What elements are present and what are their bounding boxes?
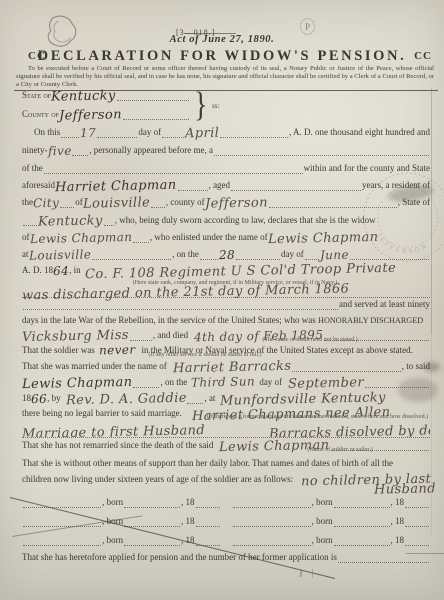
blank — [220, 126, 288, 138]
e18a-label: 18 — [22, 393, 31, 404]
blank — [292, 360, 401, 372]
soldier-was-label: That the soldier was — [22, 345, 95, 356]
prior-marriage-text1: Marriage to first Husband — [22, 425, 205, 438]
sworn-text: , who, being duly sworn according to law… — [115, 215, 376, 226]
married-under-line: That she was married under the name of H… — [22, 359, 430, 372]
day-value: 17 — [80, 128, 96, 139]
on-the2-label: , on the — [160, 377, 187, 388]
blank — [124, 496, 180, 508]
appeared-text: , personally appeared before me, a — [89, 145, 213, 156]
in-label: , in — [69, 265, 81, 276]
of-the-label: of the — [22, 163, 43, 174]
children-answer-2: Husband — [374, 483, 436, 495]
ad18-label: A. D. 18 — [22, 265, 53, 276]
honorably-text: HONORABLY DISCHARGED — [318, 315, 423, 326]
maiden-name-value: Harriet Barracks — [173, 361, 292, 374]
service-note: (If any other service it should be state… — [110, 352, 300, 359]
children-blank-row: , born , 18 , born , 18 — [22, 495, 430, 508]
res-county-value: Jefferson — [205, 197, 268, 209]
served-line: and served at least ninety — [22, 297, 430, 310]
blank — [133, 376, 159, 388]
born-label: , born — [102, 535, 123, 546]
blank — [23, 214, 37, 226]
blank — [151, 196, 165, 208]
heretofore-text: That she has heretofore applied for pens… — [22, 552, 337, 563]
born-label: , born — [312, 497, 333, 508]
blank — [196, 515, 220, 527]
at-label2: , at — [204, 393, 215, 404]
county-line: County of Jefferson — [22, 107, 190, 120]
rebellion-line: days in the late War of the Rebellion, i… — [22, 313, 430, 326]
day-of2-label: day of — [281, 249, 304, 260]
p-stamp-letter: P — [305, 22, 310, 32]
aged-label: , aged — [209, 180, 231, 191]
paper-fold-line — [431, 88, 432, 334]
children-line: children now living under sixteen years … — [22, 472, 430, 485]
pencil-tick — [300, 570, 303, 577]
year-line: ninety- five , personally appeared befor… — [22, 143, 430, 156]
of2-label: of — [22, 232, 30, 243]
day-of-label: day of — [138, 127, 161, 138]
ink-smudge — [424, 362, 440, 372]
born-label: , born — [102, 497, 123, 508]
born-label: , born — [312, 535, 333, 546]
wed-month-value: September — [288, 377, 364, 390]
blank — [334, 534, 390, 546]
p-stamp-mark: P — [300, 18, 315, 35]
state-label: State of — [22, 90, 51, 101]
on-this-label: On this — [34, 127, 60, 138]
blank — [233, 515, 311, 527]
blank — [61, 126, 79, 138]
blank — [405, 515, 429, 527]
blank — [124, 534, 180, 546]
blank — [305, 248, 319, 260]
stamp-arc-text: JEFFERSON — [374, 226, 430, 260]
svg-text:JEFFERSON: JEFFERSON — [374, 226, 430, 260]
blank — [130, 329, 152, 341]
act-line: Act of June 27, 1890. — [0, 34, 444, 45]
wed-day-value: Third Sun — [191, 376, 255, 388]
blank — [178, 179, 208, 191]
aforesaid-label: aforesaid — [22, 180, 55, 191]
city-value: City — [33, 198, 59, 210]
soldier-name-note: (Name of soldier or sailor.) — [280, 447, 400, 454]
blank — [231, 179, 361, 191]
married-under-label: That she was married under the name of — [22, 361, 167, 372]
year18-label: , 18 — [391, 516, 405, 527]
children-blank-row: , born , 18 , born , 18 — [22, 533, 430, 546]
discharge-line: was discharged on the 21st day of March … — [22, 281, 430, 298]
ss-abbreviation: ss: — [212, 102, 220, 110]
blank — [187, 392, 203, 404]
at-label: at — [22, 249, 29, 260]
blank — [23, 298, 338, 310]
officiant-line: 18 66 , by Rev. D. A. Gaddie , at Munfor… — [22, 391, 430, 404]
blank — [405, 534, 429, 546]
month-value: April — [185, 128, 219, 140]
blank — [60, 196, 74, 208]
not-remarried-text: That she has not remarried since the dea… — [22, 440, 213, 451]
town-value: Louisville — [83, 197, 150, 209]
ink-smudge — [398, 378, 438, 402]
served-text: and served at least ninety — [339, 299, 430, 310]
rebellion-text: days in the late War of the Rebellion, i… — [22, 315, 318, 326]
wed-year-value: 66 — [31, 394, 47, 405]
soldier-name: Lewis Chapman — [29, 232, 132, 245]
notary-stamp: JEFFERSON — [345, 162, 444, 279]
res-state-value: Kentucky — [38, 215, 103, 227]
blank — [334, 496, 390, 508]
year18-label: , 18 — [181, 516, 195, 527]
blank — [233, 534, 311, 546]
state-blank — [117, 89, 189, 101]
blank — [92, 248, 171, 260]
blank — [334, 515, 390, 527]
state-line: State of Kentucky — [22, 88, 190, 101]
blank — [104, 214, 114, 226]
support-line: That she is without other means of suppo… — [22, 456, 430, 469]
of-label: of — [75, 197, 83, 208]
embossed-seal-mark — [41, 11, 85, 53]
on-the-label: , on the — [172, 249, 199, 260]
county-value: Jefferson — [59, 109, 122, 121]
jurat-brace: } — [194, 86, 207, 126]
blank — [196, 496, 220, 508]
ad-text: , A. D. one thousand eight hundred and — [289, 127, 430, 138]
county-of-label: , county of — [166, 197, 205, 208]
by-label: , by — [47, 393, 61, 404]
blank — [236, 248, 280, 260]
edge-mark — [406, 553, 444, 554]
page-title: DECLARATION FOR WIDOW'S PENSION. — [0, 48, 444, 65]
year18-label: , 18 — [391, 497, 405, 508]
blank — [23, 534, 101, 546]
the-label: the — [22, 197, 33, 208]
children-intro-text: children now living under sixteen years … — [22, 474, 293, 485]
wedding-date-line: Lewis Chapman , on the Third Sun day of … — [22, 375, 430, 388]
blank — [133, 231, 149, 243]
husband-name-value: Lewis Chapman — [22, 377, 133, 390]
blank — [72, 144, 88, 156]
blank — [97, 126, 137, 138]
pension-form-page: [3—018.] P Act of June 27, 1890. CC CC D… — [0, 0, 444, 600]
enlisted-under-text: , who enlisted under the name of — [150, 232, 268, 243]
execution-instructions: To be executed before a Court of Record … — [16, 65, 434, 88]
and-died-label: , and died — [153, 330, 188, 341]
county-blank — [123, 108, 189, 120]
county-label: County of — [22, 109, 59, 120]
claimant-name: Harriet Chapman — [55, 180, 177, 194]
discharge-place-value: Vicksburg Miss — [22, 330, 129, 343]
year-word-value: five — [47, 146, 71, 157]
unit-value: Co. F. 108 Regiment U S Col'd Troop Priv… — [85, 263, 396, 281]
state-value: Kentucky — [51, 90, 116, 102]
enlist-year-value: 64 — [53, 266, 69, 277]
year18-label: , 18 — [181, 497, 195, 508]
day-of3-label: day of — [259, 377, 282, 388]
prior-marriage-text2: Barracks disolved by dea — [269, 425, 430, 438]
pencil-tick — [312, 569, 313, 578]
blank — [233, 496, 311, 508]
year18-label: , 18 — [391, 535, 405, 546]
former-marriage-note: (If there was a former marriage of claim… — [195, 414, 440, 421]
support-text: That she is without other means of suppo… — [22, 458, 393, 469]
enlist-month-value: June — [320, 250, 349, 262]
enlist-day-value: 28 — [219, 250, 235, 261]
paper-fold-line — [431, 334, 432, 534]
prior-marriage-line: Marriage to first Husband Barracks disol… — [22, 421, 430, 438]
blank — [405, 496, 429, 508]
born-label: , born — [312, 516, 333, 527]
date-line: On this 17 day of April , A. D. one thou… — [22, 125, 430, 138]
ninety-label: ninety- — [22, 145, 48, 156]
no-barrier-text: there being no legal barrier to said mar… — [22, 408, 182, 419]
officiant-value: Rev. D. A. Gaddie — [65, 393, 186, 407]
blank — [200, 248, 218, 260]
blank — [162, 126, 184, 138]
blank — [214, 144, 429, 156]
blank — [44, 162, 303, 174]
blank — [23, 496, 101, 508]
enlist-place-value: Louisville — [28, 249, 91, 261]
